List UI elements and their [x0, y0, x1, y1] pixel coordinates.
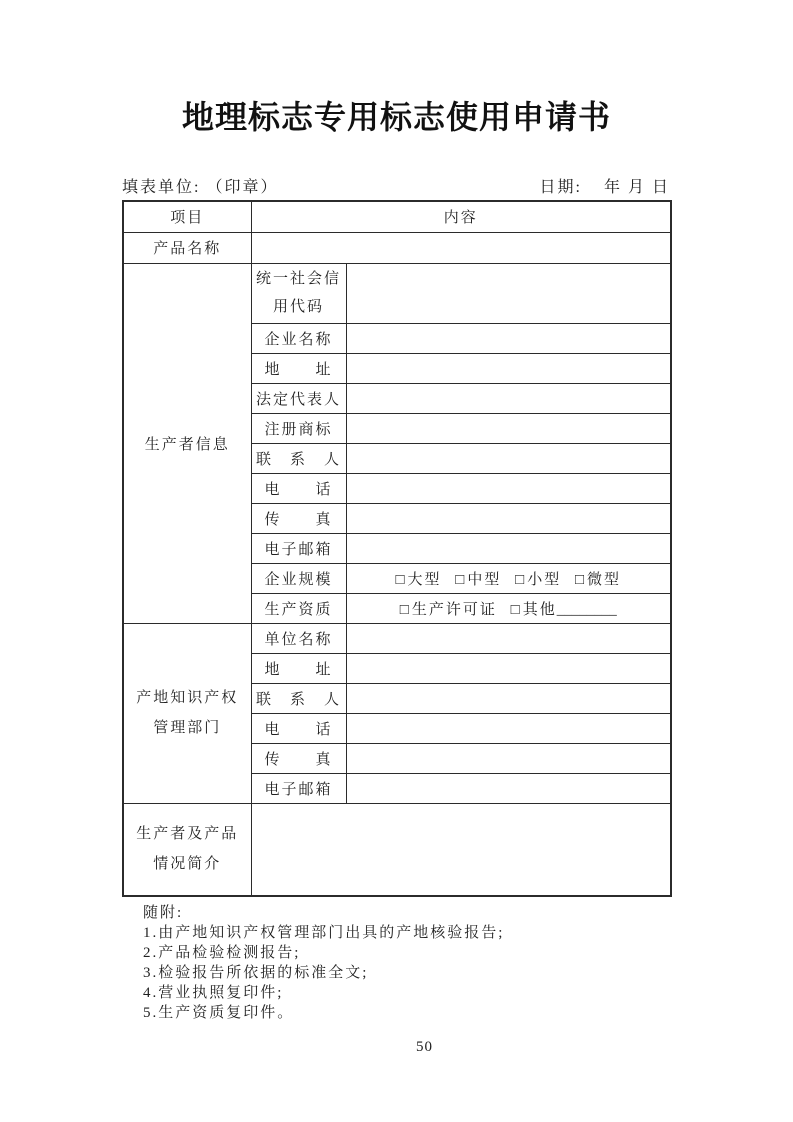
form-meta-row: 填表单位:（印章） 日期:年 月 日 [122, 174, 670, 197]
production-qualification-options: □生产许可证 □其他________ [346, 593, 671, 623]
header-content-cell: 内容 [251, 201, 671, 232]
producer-phone-label: 电 话 [251, 473, 346, 503]
attachment-item: 3.检验报告所依据的标准全文; [143, 963, 670, 983]
date-field: 日期:年 月 日 [540, 174, 670, 197]
authority-contact-label: 联 系 人 [251, 683, 346, 713]
legal-representative-field[interactable] [346, 383, 671, 413]
producer-fax-label: 传 真 [251, 503, 346, 533]
authority-address-label: 地 址 [251, 653, 346, 683]
application-table: 项目 内容 产品名称 生产者信息 统一社会信 用代码 企业名称 地 址 法定代表… [122, 200, 672, 897]
product-name-field[interactable] [251, 232, 671, 263]
date-label: 日期: [540, 179, 582, 196]
option-production-license: □生产许可证 [400, 598, 497, 619]
option-medium: □中型 [455, 568, 501, 589]
application-form-page: 地理标志专用标志使用申请书 填表单位:（印章） 日期:年 月 日 项目 内容 产… [0, 0, 793, 1122]
attachment-item: 4.营业执照复印件; [143, 983, 670, 1003]
authority-email-label: 电子邮箱 [251, 773, 346, 803]
seal-hint: （印章） [206, 179, 278, 196]
authority-fax-label: 传 真 [251, 743, 346, 773]
unified-social-credit-code-field[interactable] [346, 263, 671, 323]
date-value: 年 月 日 [604, 179, 670, 196]
page-number: 50 [416, 1039, 433, 1056]
attachments-note: 随附: 1.由产地知识产权管理部门出具的产地核验报告; 2.产品检验检测报告; … [143, 903, 670, 1023]
authority-section-label: 产地知识产权 管理部门 [123, 623, 251, 803]
legal-representative-label: 法定代表人 [251, 383, 346, 413]
authority-fax-field[interactable] [346, 743, 671, 773]
enterprise-name-field[interactable] [346, 323, 671, 353]
producer-contact-field[interactable] [346, 443, 671, 473]
authority-unit-name-field[interactable] [346, 623, 671, 653]
checkbox-icon[interactable]: □ [575, 572, 586, 589]
table-header-row: 项目 内容 [123, 201, 671, 232]
checkbox-icon[interactable]: □ [515, 572, 526, 589]
option-other: □其他________ [511, 598, 617, 619]
option-small: □小型 [515, 568, 561, 589]
checkbox-icon[interactable]: □ [511, 602, 522, 619]
attachment-item: 1.由产地知识产权管理部门出具的产地核验报告; [143, 923, 670, 943]
authority-unit-name-label: 单位名称 [251, 623, 346, 653]
authority-address-field[interactable] [346, 653, 671, 683]
producer-product-intro-row: 生产者及产品 情况简介 [123, 803, 671, 896]
authority-contact-field[interactable] [346, 683, 671, 713]
table-row: 产地知识产权 管理部门 单位名称 [123, 623, 671, 653]
producer-phone-field[interactable] [346, 473, 671, 503]
attachment-item: 2.产品检验检测报告; [143, 943, 670, 963]
product-name-label: 产品名称 [123, 232, 251, 263]
enterprise-scale-label: 企业规模 [251, 563, 346, 593]
option-large: □大型 [395, 568, 441, 589]
producer-product-intro-label: 生产者及产品 情况简介 [123, 803, 251, 896]
producer-product-intro-field[interactable] [251, 803, 671, 896]
header-item-cell: 项目 [123, 201, 251, 232]
registered-trademark-label: 注册商标 [251, 413, 346, 443]
producer-address-label: 地 址 [251, 353, 346, 383]
producer-fax-field[interactable] [346, 503, 671, 533]
producer-address-field[interactable] [346, 353, 671, 383]
page-title: 地理标志专用标志使用申请书 [0, 92, 793, 138]
product-name-row: 产品名称 [123, 232, 671, 263]
producer-contact-label: 联 系 人 [251, 443, 346, 473]
producer-section-label: 生产者信息 [123, 263, 251, 623]
checkbox-icon[interactable]: □ [395, 572, 406, 589]
registered-trademark-field[interactable] [346, 413, 671, 443]
enterprise-name-label: 企业名称 [251, 323, 346, 353]
table-row: 生产者信息 统一社会信 用代码 [123, 263, 671, 323]
authority-email-field[interactable] [346, 773, 671, 803]
attachments-heading: 随附: [143, 903, 670, 923]
production-qualification-label: 生产资质 [251, 593, 346, 623]
attachment-item: 5.生产资质复印件。 [143, 1003, 670, 1023]
authority-phone-field[interactable] [346, 713, 671, 743]
credit-code-label: 统一社会信 用代码 [251, 263, 346, 323]
other-blank-line[interactable]: ________ [557, 602, 617, 618]
enterprise-scale-options: □大型 □中型 □小型 □微型 [346, 563, 671, 593]
authority-phone-label: 电 话 [251, 713, 346, 743]
checkbox-icon[interactable]: □ [400, 602, 411, 619]
fill-unit-field: 填表单位:（印章） [122, 174, 278, 197]
checkbox-icon[interactable]: □ [455, 572, 466, 589]
producer-email-field[interactable] [346, 533, 671, 563]
fill-unit-label: 填表单位: [122, 179, 200, 196]
producer-email-label: 电子邮箱 [251, 533, 346, 563]
option-micro: □微型 [575, 568, 621, 589]
